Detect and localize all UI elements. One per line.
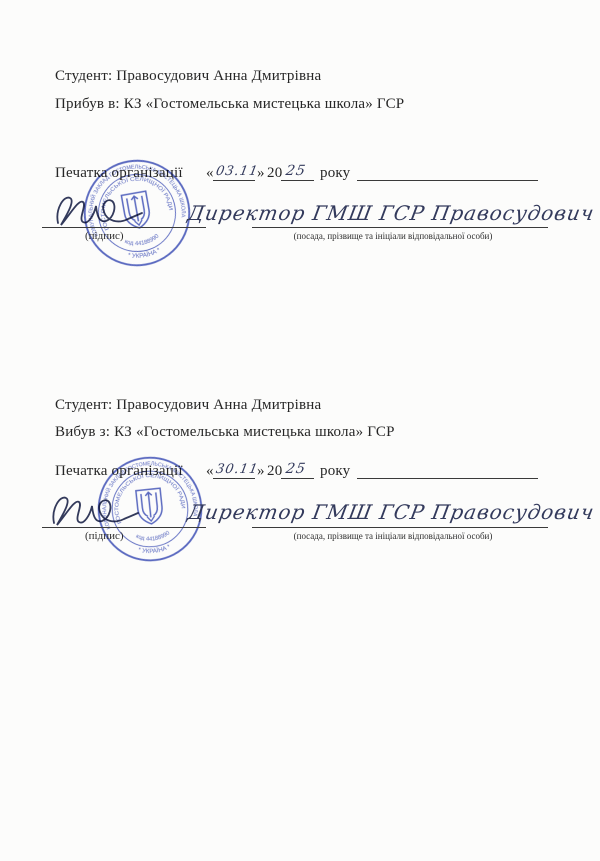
details-caption: (посада, прізвище та ініціали відповідал… xyxy=(278,531,508,541)
signature-caption: (підпис) xyxy=(85,230,124,242)
handwritten-year: 25 xyxy=(285,163,308,179)
handwritten-signature xyxy=(46,491,156,533)
handwritten-signature xyxy=(50,191,160,233)
details-line xyxy=(252,527,548,528)
student-line: Студент: Правосудович Анна Дмитрівна xyxy=(55,68,321,85)
date-word-roku: року xyxy=(320,165,350,182)
date-fill-line xyxy=(357,478,538,479)
handwritten-title-signature: Директор ГМШ ГСР Правосудович Т.Г. xyxy=(186,500,600,524)
student-line: Студент: Правосудович Анна Дмитрівна xyxy=(55,397,321,414)
departure-line: Вибув з: КЗ «Гостомельська мистецька шко… xyxy=(55,424,395,441)
year-underline xyxy=(281,180,314,181)
day-month-underline xyxy=(213,180,255,181)
handwritten-day-month: 30.11 xyxy=(215,462,260,477)
stamp-code-text: код 44188990 xyxy=(123,232,162,249)
date-close-quote: » xyxy=(257,165,265,182)
handwritten-title-signature: Директор ГМШ ГСР Правосудович Т.Г. xyxy=(186,201,600,225)
signature-caption: (підпис) xyxy=(85,530,124,542)
day-month-underline xyxy=(213,478,255,479)
handwritten-year: 25 xyxy=(285,461,308,477)
details-caption: (посада, прізвище та ініціали відповідал… xyxy=(278,231,508,241)
date-close-quote: » xyxy=(257,463,265,480)
date-fill-line xyxy=(357,180,538,181)
details-line xyxy=(252,227,548,228)
stamp-outer-bottom-text: * УКРАЇНА * xyxy=(137,543,173,557)
scanned-document-page: Студент: Правосудович Анна Дмитрівна При… xyxy=(0,0,600,861)
stamp-outer-bottom-text: * УКРАЇНА * xyxy=(126,246,163,262)
handwritten-day-month: 03.11 xyxy=(215,164,260,179)
date-word-roku: року xyxy=(320,463,350,480)
year-underline xyxy=(281,478,314,479)
arrival-line: Прибув в: КЗ «Гостомельська мистецька шк… xyxy=(55,96,404,113)
